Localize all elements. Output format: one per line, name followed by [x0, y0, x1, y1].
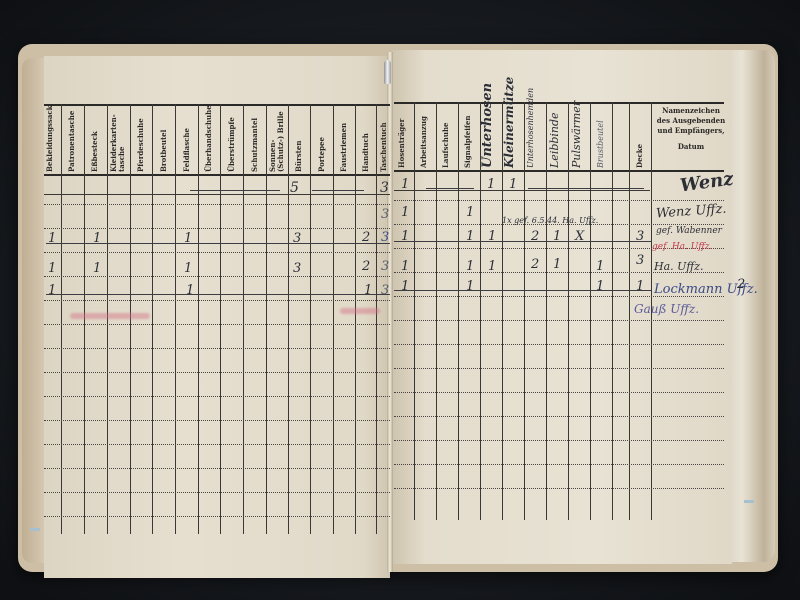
name-header-line: Namenzeichen	[652, 106, 730, 116]
entry-value: 1	[466, 230, 474, 243]
entry-value: 3	[293, 232, 301, 245]
col-header: Sonnen- (Schutz-) Brille	[269, 108, 285, 172]
entry-value: 1	[401, 206, 409, 219]
handwritten-col-header: Pulswärmer	[570, 104, 583, 168]
col-header: Schutzmantel	[251, 112, 259, 172]
signature: Ha. Uffz.	[654, 260, 704, 273]
entry-value: 3	[293, 262, 301, 275]
entry-value: 3	[381, 260, 389, 273]
entry-value: 1	[401, 178, 409, 191]
red-pencil-mark	[70, 313, 150, 319]
entry-value: 3	[636, 254, 644, 267]
entry-value: 1	[488, 260, 496, 273]
entry-value: 1	[509, 178, 517, 191]
col-header: Überstrümpfe	[228, 112, 236, 172]
entry-value: 1	[596, 280, 604, 293]
col-header: Handtuch	[362, 128, 370, 172]
col-header: Portepee	[318, 128, 326, 172]
handwritten-col-header: Brustbeutel	[596, 100, 605, 168]
entry-value: 3	[381, 208, 389, 221]
col-header: Patronentasche	[68, 110, 76, 172]
signature: gef. Ha. Uffz.	[652, 242, 712, 252]
handwritten-col-header: Kleinermütze	[502, 82, 516, 168]
col-header: Signalpfeifen	[464, 116, 472, 168]
entry-value: 3	[380, 182, 389, 195]
entry-value: X	[575, 230, 584, 243]
red-pencil-mark	[340, 308, 380, 314]
entry-value: 1	[48, 284, 56, 297]
entry-value: 1	[466, 260, 474, 273]
signature: gef. Wabenner	[656, 226, 722, 236]
entry-value: 1	[184, 232, 192, 245]
left-header-top-rule	[44, 104, 390, 106]
col-header: Bürsten	[295, 128, 303, 172]
entry-value: 1	[186, 284, 194, 297]
col-header: Taschentuch	[380, 120, 388, 172]
entry-value: 1	[401, 260, 409, 273]
col-header: Decke	[636, 138, 644, 168]
col-header: Kleiderkarten- tasche	[110, 112, 126, 172]
entry-value: 1	[93, 232, 101, 245]
name-header-line: des Ausgebenden	[652, 116, 730, 126]
entry-value: 1	[48, 232, 56, 245]
entry-value: 1	[364, 284, 372, 297]
col-header: Eßbesteck	[91, 120, 99, 172]
entry-value: 3	[381, 231, 389, 244]
signature: Gauß Uffz.	[634, 302, 699, 316]
left-header-bottom-rule	[44, 174, 390, 176]
entry-value: 2	[531, 230, 539, 243]
entry-value: 1	[553, 230, 561, 243]
entry-value: 1	[636, 280, 644, 293]
handwritten-col-header: Leibbinde	[548, 96, 561, 168]
handwritten-col-header: Unterhosen	[480, 80, 495, 168]
name-header-line: und Empfängers,	[652, 126, 730, 136]
entry-value: 1	[466, 206, 474, 219]
handwritten-note: 1x gef. 6.5.44. Ha. Uffz.	[502, 214, 598, 227]
entry-value: 1	[553, 258, 561, 271]
handwritten-col-header: Unterhosenhemden	[526, 84, 535, 168]
right-header-bottom-rule	[394, 170, 724, 172]
cover-tab-mark	[744, 500, 754, 503]
cover-tab-mark	[30, 528, 40, 531]
entry-value: 1	[487, 178, 495, 191]
entry-value: 1	[184, 262, 192, 275]
entry-value: 3	[636, 230, 644, 243]
col-header: Arbeitsanzug	[420, 116, 428, 168]
name-header-line: Datum	[652, 142, 730, 152]
col-header: Bekleidungssack	[46, 110, 54, 172]
entry-value: 1	[48, 262, 56, 275]
entry-value: 1	[401, 280, 409, 293]
entry-value: 1	[488, 230, 496, 243]
entry-value: 1	[401, 230, 409, 243]
entry-value: 1	[93, 262, 101, 275]
col-header: Überhandschuhe	[205, 110, 213, 172]
staple	[384, 60, 391, 84]
col-header: Hosenträger	[398, 120, 406, 168]
entry-value: 5	[290, 182, 299, 195]
entry-value: 1	[596, 260, 604, 273]
entry-value: 3	[381, 284, 389, 297]
entry-value: 2	[362, 231, 370, 244]
col-header: Feldflasche	[183, 116, 191, 172]
col-header: Pferdeschuhe	[137, 116, 145, 172]
entry-value: 2	[531, 258, 539, 271]
entry-value: 1	[466, 280, 474, 293]
col-header: Brotbeutel	[160, 116, 168, 172]
col-header: Faustriemen	[340, 120, 348, 172]
margin-mark: 2	[737, 278, 745, 291]
col-header: Laufschuhe	[442, 120, 450, 168]
entry-value: 2	[362, 260, 370, 273]
